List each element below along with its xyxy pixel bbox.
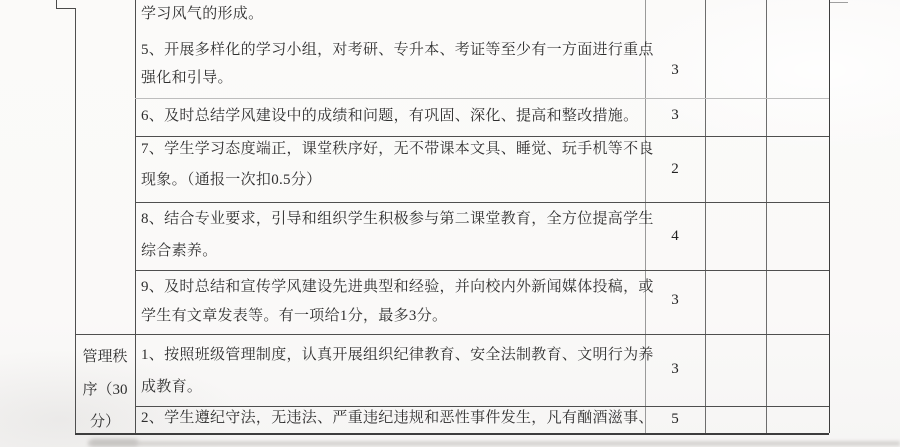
table-border-empty-col-right bbox=[766, 0, 767, 433]
scanned-document-page: 学习风气的形成。 5、开展多样化的学习小组，对考研、专升本、考证等至少有一方面进… bbox=[0, 0, 900, 447]
score-value-criterion-6: 3 bbox=[645, 107, 705, 124]
score-value-criterion-m2: 5 bbox=[645, 411, 705, 428]
criterion-7-line-1: 7、学生学习态度端正，课堂秩序好，无不带课本文具、睡觉、玩手机等不良 bbox=[141, 141, 654, 158]
photo-bottom-edge-shadow bbox=[88, 441, 900, 446]
table-bottom-edge bbox=[75, 433, 829, 435]
photo-edge-smudge bbox=[90, 439, 138, 446]
score-value-criterion-m1: 3 bbox=[645, 361, 705, 378]
category-label-line-3: 分） bbox=[75, 410, 135, 431]
table-border-category-right bbox=[135, 0, 136, 433]
score-value-criterion-9: 3 bbox=[645, 292, 705, 309]
score-value-criterion-5: 3 bbox=[645, 62, 705, 79]
table-rowline-6 bbox=[135, 406, 829, 407]
criterion-m1-line-1: 1、按照班级管理制度，认真开展组织纪律教育、安全法制教育、文明行为养 bbox=[141, 347, 654, 364]
criterion-m2-line-1: 2、学生遵纪守法，无违法、严重违纪违规和恶性事件发生，凡有酗酒滋事、 bbox=[141, 410, 654, 427]
table-rowline-3 bbox=[135, 202, 829, 203]
criterion-9-line-2: 学生有文章发表等。有一项给1分，最多3分。 bbox=[141, 308, 447, 325]
category-label-line-1: 管理秩 bbox=[75, 345, 135, 366]
table-border-score-right bbox=[705, 0, 706, 433]
table-rowline-2 bbox=[135, 136, 829, 137]
category-label-line-2: 序（30 bbox=[75, 378, 135, 399]
criterion-m1-line-2: 成教育。 bbox=[141, 379, 202, 396]
table-section-divider bbox=[75, 334, 829, 335]
criterion-5-line-2: 强化和引导。 bbox=[141, 70, 233, 87]
criterion-5-line-1: 5、开展多样化的学习小组，对考研、专升本、考证等至少有一方面进行重点 bbox=[141, 42, 654, 59]
score-value-criterion-8: 4 bbox=[645, 228, 705, 245]
table-rowline-1 bbox=[135, 98, 829, 99]
criterion-carryover-line: 学习风气的形成。 bbox=[141, 6, 263, 23]
criterion-9-line-1: 9、及时总结和宣传学风建设先进典型和经验，并向校内外新闻媒体投稿，或 bbox=[141, 279, 654, 296]
criterion-6-line-1: 6、及时总结学风建设中的成绩和问题，有巩固、深化、提高和整改措施。 bbox=[141, 108, 638, 125]
table-border-top-left-stub bbox=[56, 0, 57, 8]
criterion-8-line-1: 8、结合专业要求，引导和组织学生积极参与第二课堂教育，全方位提高学生 bbox=[141, 211, 654, 228]
table-rowline-4 bbox=[135, 270, 829, 271]
criterion-7-line-2: 现象。（通报一次扣0.5分） bbox=[141, 172, 321, 189]
score-value-criterion-7: 2 bbox=[645, 161, 705, 178]
table-border-top-left-notch bbox=[56, 8, 76, 9]
criterion-8-line-2: 综合素养。 bbox=[141, 243, 218, 260]
table-border-right-edge bbox=[829, 0, 830, 433]
table-border-top-right-stub bbox=[829, 2, 848, 3]
table-border-category-left bbox=[75, 8, 76, 433]
